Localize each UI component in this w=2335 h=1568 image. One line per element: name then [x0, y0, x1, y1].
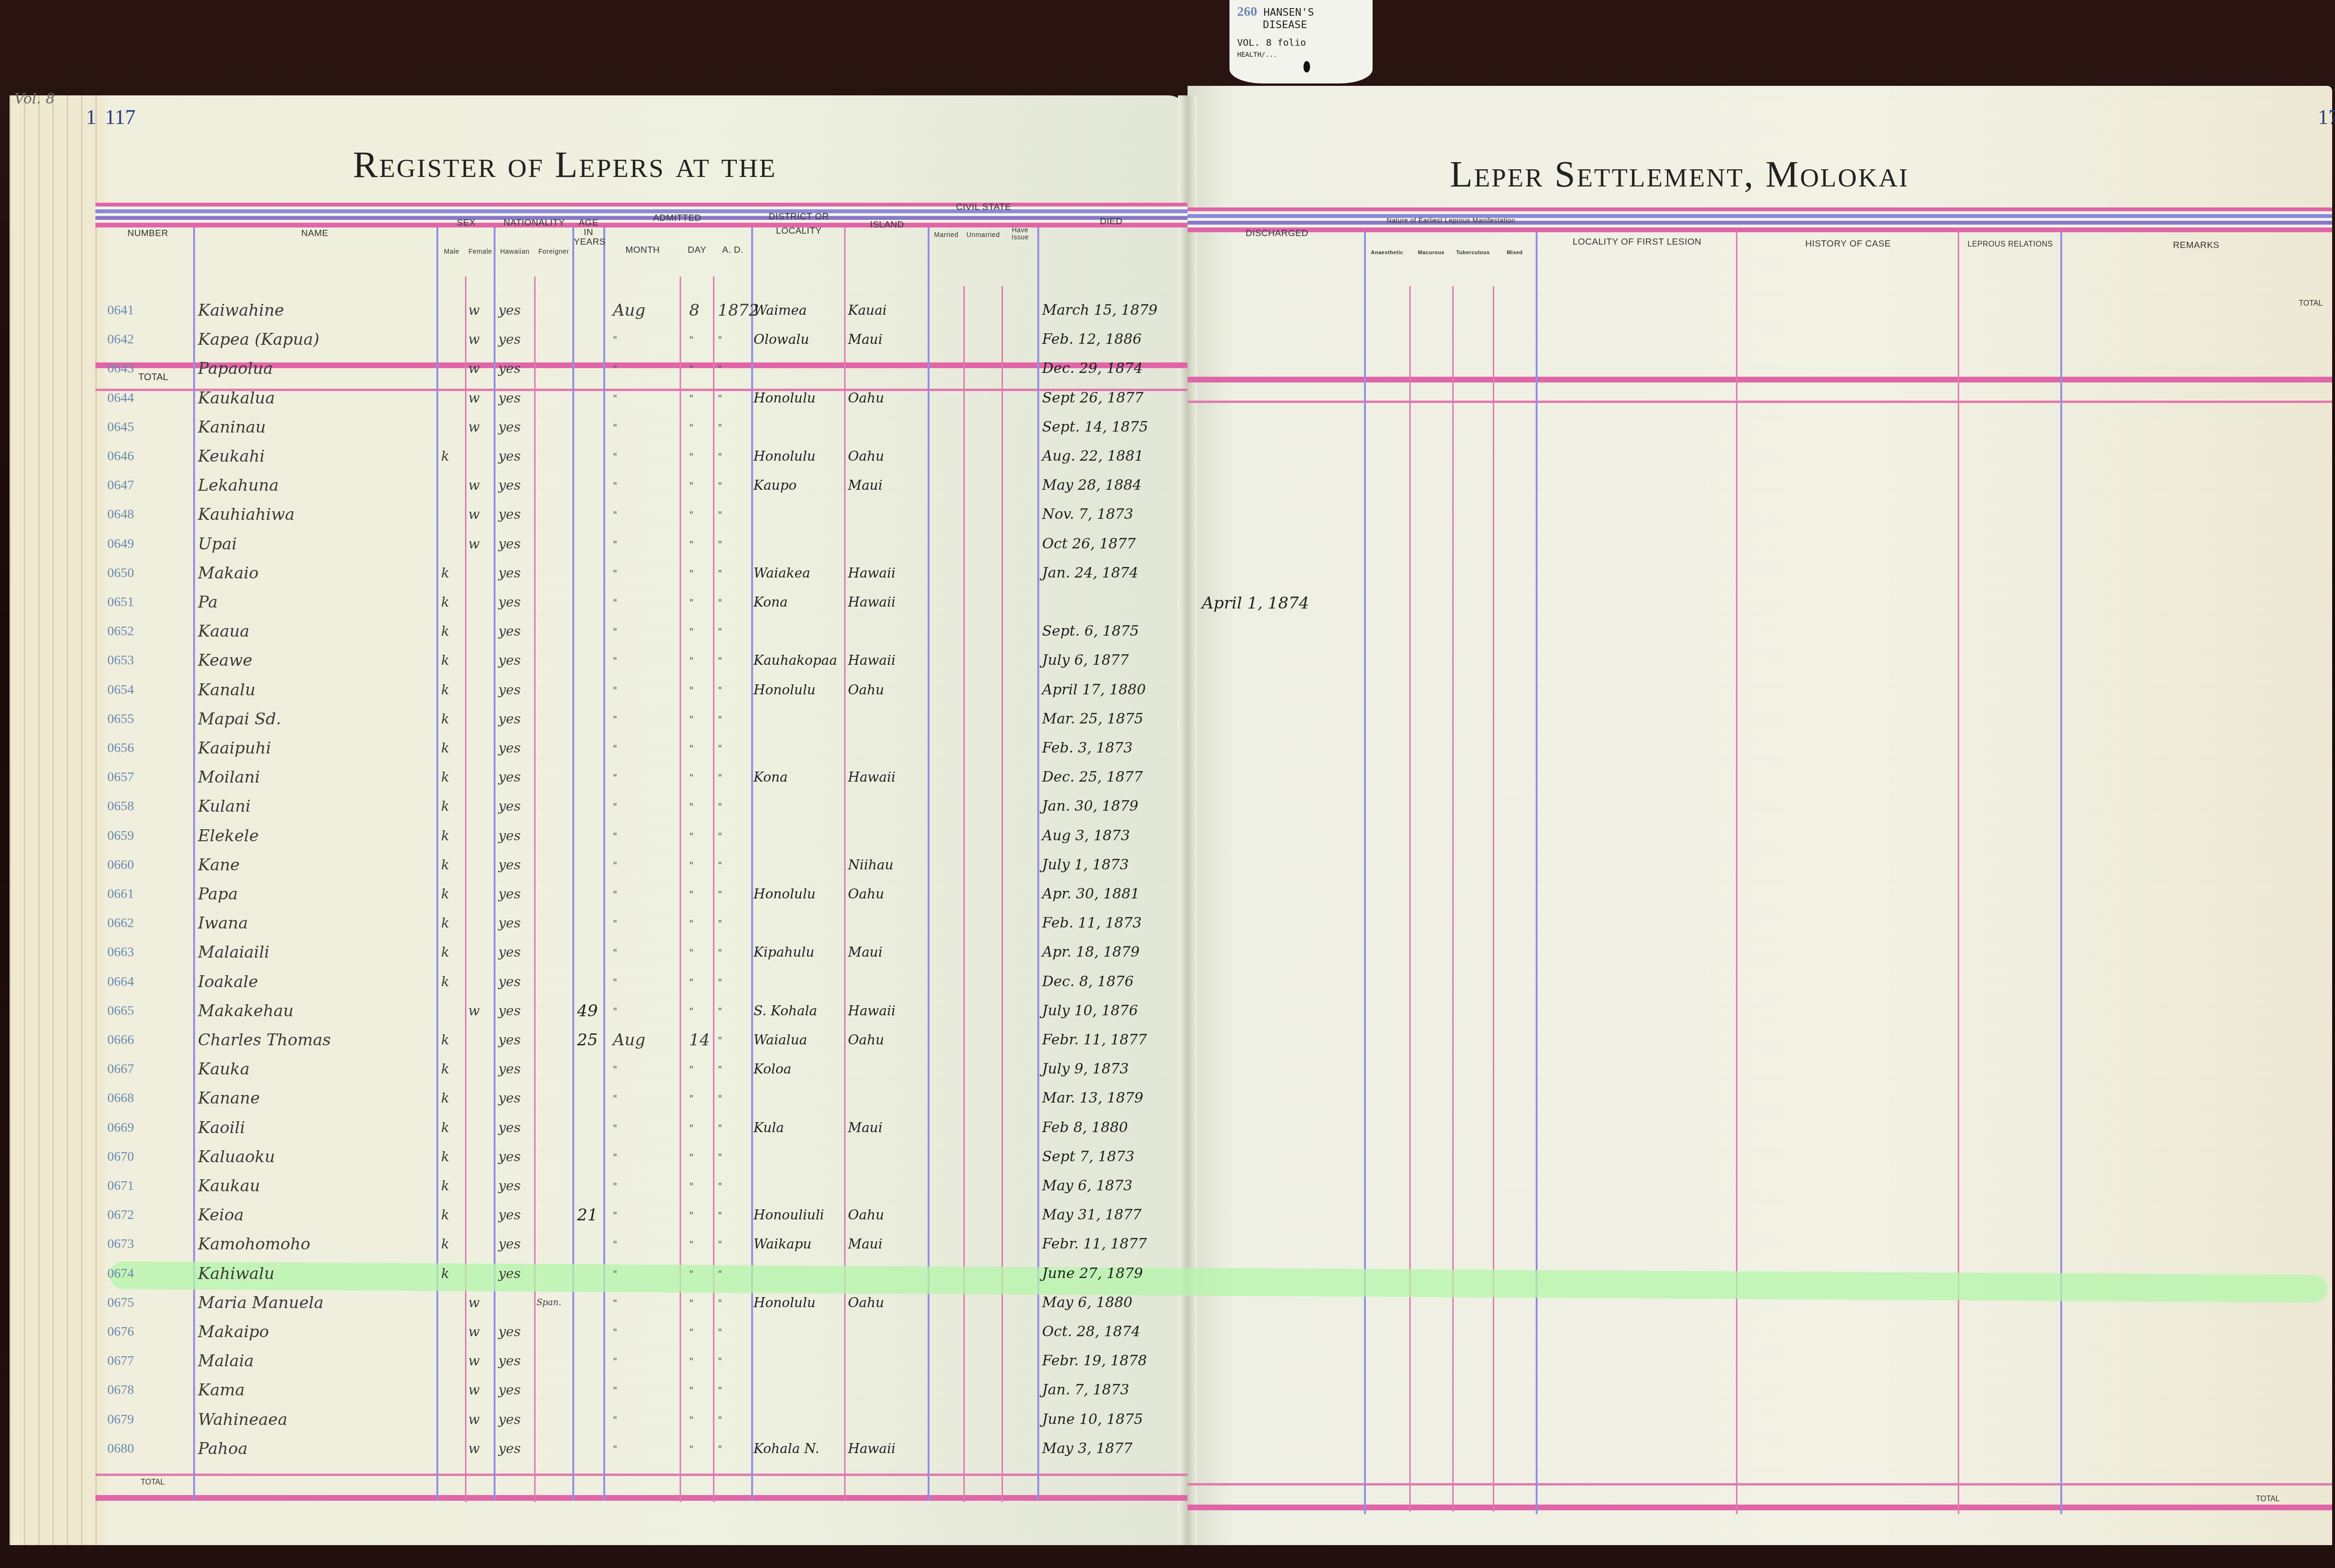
cell-ad: "	[718, 1054, 722, 1084]
cell-month: "	[613, 383, 617, 413]
cell-ad: "	[718, 763, 722, 792]
cell-district: Honolulu	[754, 383, 816, 413]
cell-day: "	[689, 675, 693, 705]
cell-died: Apr. 30, 1881	[1042, 879, 1140, 909]
cell-died: Nov. 7, 1873	[1042, 500, 1133, 529]
cell-name: Kane	[198, 850, 240, 880]
cell-died: Febr. 11, 1877	[1042, 1229, 1147, 1259]
cell-day: "	[689, 792, 693, 821]
cell-day: "	[689, 733, 693, 763]
header-month: Month	[606, 246, 680, 255]
table-row: 0647Lekahunawyes"""KaupoMauiMay 28, 1884	[10, 471, 1154, 500]
table-row: 0660Kanekyes"""NiihauJuly 1, 1873	[10, 850, 1154, 880]
cell-day: "	[689, 763, 693, 792]
cell-number: 0643	[107, 354, 134, 383]
cell-island: Maui	[848, 325, 882, 354]
cell-ad: "	[718, 1142, 722, 1172]
cell-hawaiian: yes	[498, 558, 521, 588]
cell-hawaiian: yes	[498, 733, 521, 763]
cell-month: "	[613, 938, 617, 967]
cell-died: Dec. 29, 1874	[1042, 354, 1143, 383]
cell-island: Oahu	[848, 442, 884, 471]
cell-hawaiian: yes	[498, 325, 521, 354]
cell-name: Charles Thomas	[198, 1025, 331, 1055]
cell-died: July 9, 1873	[1042, 1054, 1129, 1084]
cell-day: "	[689, 354, 693, 383]
cell-ad: "	[718, 354, 722, 383]
cell-male: k	[441, 1259, 449, 1289]
cell-day: "	[689, 325, 693, 354]
cell-number: 0663	[107, 938, 134, 967]
cell-district: Waikapu	[754, 1229, 812, 1259]
cell-ad: "	[718, 383, 722, 413]
cell-male: k	[441, 558, 449, 588]
table-row: 0657Moilanikyes"""KonaHawaiiDec. 25, 187…	[10, 763, 1154, 792]
rule-v	[1452, 286, 1454, 1512]
title-right: Leper Settlement, Molokai	[1450, 153, 1909, 196]
cell-name: Makaipo	[198, 1317, 269, 1347]
cell-hawaiian: yes	[498, 1054, 521, 1084]
cell-female: w	[468, 1346, 480, 1376]
archive-tag: 260 HANSEN'S DISEASE VOL. 8 folio HEALTH…	[1229, 0, 1373, 83]
cell-male: k	[441, 442, 449, 471]
cell-hawaiian: yes	[498, 1259, 521, 1289]
cell-month: "	[613, 675, 617, 705]
header-rule-right	[1188, 377, 2332, 382]
header-relations: Leprous Relations	[1960, 241, 2060, 249]
table-row: 0661Papakyes"""HonoluluOahuApr. 30, 1881	[10, 879, 1154, 909]
rule-v	[1958, 231, 1959, 1514]
cell-name: Kaukalua	[198, 383, 275, 413]
cell-name: Kaaipuhi	[198, 733, 271, 763]
header-hawaiian: Hawaiian	[495, 248, 535, 255]
folio-number-right: 17	[2318, 105, 2335, 129]
table-row: 0671Kaukaukyes"""May 6, 1873	[10, 1171, 1154, 1201]
rule-v	[1364, 231, 1366, 1514]
cell-month: "	[613, 1288, 617, 1318]
cell-name: Kanane	[198, 1083, 260, 1113]
cell-month: "	[613, 879, 617, 909]
header-remarks: Remarks	[2063, 241, 2330, 250]
cell-died: Dec. 25, 1877	[1042, 763, 1143, 792]
cell-ad: "	[718, 938, 722, 967]
cell-female: w	[468, 325, 480, 354]
rule-v	[1493, 286, 1494, 1512]
cell-district: Kipahulu	[754, 938, 815, 967]
table-row: 0648Kauhiahiwawyes"""Nov. 7, 1873	[10, 500, 1154, 529]
folio-number-outer: 1	[86, 105, 96, 129]
header-macurous: Macurous	[1410, 250, 1452, 256]
cell-day: "	[689, 1259, 693, 1289]
cell-died: Dec. 8, 1876	[1042, 967, 1134, 997]
cell-died: July 1, 1873	[1042, 850, 1129, 880]
cell-ad: "	[718, 1259, 722, 1289]
cell-number: 0660	[107, 850, 134, 880]
cell-hawaiian: yes	[498, 996, 521, 1026]
table-row: 0668Kananekyes"""Mar. 13, 1879	[10, 1083, 1154, 1113]
cell-ad: "	[718, 500, 722, 529]
cell-male: k	[441, 1229, 449, 1259]
cell-ad: "	[718, 1317, 722, 1347]
cell-day: "	[689, 967, 693, 997]
cell-male: k	[441, 879, 449, 909]
cell-number: 0649	[107, 529, 134, 559]
cell-name: Kapea (Kapua)	[198, 325, 320, 354]
cell-died: Feb. 11, 1873	[1042, 908, 1142, 938]
cell-ad: "	[718, 1405, 722, 1434]
table-row: 0659Elekelekyes"""Aug 3, 1873	[10, 821, 1154, 851]
cell-ad: "	[718, 1346, 722, 1376]
table-row: 0663Malaiailikyes"""KipahuluMauiApr. 18,…	[10, 938, 1154, 967]
cell-name: Papaolua	[198, 354, 273, 383]
cell-number: 0647	[107, 471, 134, 500]
header-island: Island	[847, 220, 928, 230]
cell-ad: "	[718, 1434, 722, 1464]
cell-hawaiian: yes	[498, 1200, 521, 1230]
cell-name: Malaiaili	[198, 938, 269, 967]
table-row: 0662Iwanakyes"""Feb. 11, 1873	[10, 908, 1154, 938]
cell-island: Hawaii	[848, 646, 896, 675]
cell-name: Kaninau	[198, 413, 266, 442]
cell-female: w	[468, 1317, 480, 1347]
cell-female: w	[468, 471, 480, 500]
cell-ad: "	[718, 471, 722, 500]
tag-number: 260	[1237, 4, 1257, 19]
cell-month: "	[613, 792, 617, 821]
table-row: 0670Kaluaokukyes"""Sept 7, 1873	[10, 1142, 1154, 1172]
table-row: 0680Pahoawyes"""Kohala N.HawaiiMay 3, 18…	[10, 1434, 1154, 1464]
table-row: 0655Mapai Sd.kyes"""Mar. 25, 1875	[10, 704, 1154, 734]
table-row: 0646Keukahikyes"""HonoluluOahuAug. 22, 1…	[10, 442, 1154, 471]
cell-district: Waiakea	[754, 558, 810, 588]
cell-number: 0646	[107, 442, 134, 471]
table-row: 0641KaiwahinewyesAug81872WaimeaKauaiMarc…	[10, 296, 1154, 325]
cell-hawaiian: yes	[498, 442, 521, 471]
cell-number: 0674	[107, 1259, 134, 1289]
cell-female: w	[468, 1434, 480, 1464]
cell-island: Hawaii	[848, 1434, 896, 1464]
table-row: 0650Makaiokyes"""WaiakeaHawaiiJan. 24, 1…	[10, 558, 1154, 588]
cell-number: 0671	[107, 1171, 134, 1201]
cell-hawaiian: yes	[498, 763, 521, 792]
cell-island: Maui	[848, 1229, 882, 1259]
cell-age: 49	[577, 996, 598, 1026]
cell-month: "	[613, 471, 617, 500]
cell-ad: "	[718, 413, 722, 442]
cell-died: Sept 7, 1873	[1042, 1142, 1135, 1172]
cell-hawaiian: yes	[498, 1434, 521, 1464]
table-row: 0667Kaukakyes"""KoloaJuly 9, 1873	[10, 1054, 1154, 1084]
cell-number: 0675	[107, 1288, 134, 1318]
cell-male: k	[441, 908, 449, 938]
cell-island: Maui	[848, 1113, 882, 1143]
cell-month: "	[613, 646, 617, 675]
cell-number: 0644	[107, 383, 134, 413]
cell-name: Kamohomoho	[198, 1229, 310, 1259]
cell-male: k	[441, 675, 449, 705]
cell-day: 8	[689, 296, 700, 325]
cell-month: "	[613, 967, 617, 997]
cell-male: k	[441, 733, 449, 763]
cell-ad: "	[718, 733, 722, 763]
cell-ad: "	[718, 1288, 722, 1318]
cell-died: June 27, 1879	[1042, 1259, 1143, 1289]
cell-name: Wahineaea	[198, 1405, 288, 1434]
cell-number: 0680	[107, 1434, 134, 1464]
cell-district: Kula	[754, 1113, 784, 1143]
cell-number: 0645	[107, 413, 134, 442]
table-row: 0649Upaiwyes"""Oct 26, 1877	[10, 529, 1154, 559]
header-married: Married	[929, 231, 963, 238]
cell-hawaiian: yes	[498, 1346, 521, 1376]
cell-died: April 17, 1880	[1042, 675, 1146, 705]
table-row: 0672Keioakyes21"""HonouliuliOahuMay 31, …	[10, 1200, 1154, 1230]
cell-island: Hawaii	[848, 558, 896, 588]
cell-female: w	[468, 996, 480, 1026]
register-book: Vol. 8 1 117 17 Register of Lepers at th…	[10, 86, 2335, 1545]
cell-died: Oct 26, 1877	[1042, 529, 1136, 559]
total-label-bottom-left: TOTAL	[141, 1478, 165, 1487]
cell-month: "	[613, 1229, 617, 1259]
total-rule-right	[1188, 401, 2332, 403]
table-row: 0678Kamawyes"""Jan. 7, 1873	[10, 1375, 1154, 1405]
cell-month: "	[613, 1113, 617, 1143]
cell-day: "	[689, 383, 693, 413]
table-row: 0654Kanalukyes"""HonoluluOahuApril 17, 1…	[10, 675, 1154, 705]
cell-hawaiian: yes	[498, 908, 521, 938]
cell-month: "	[613, 1142, 617, 1172]
cell-day: "	[689, 1405, 693, 1434]
cell-name: Elekele	[198, 821, 259, 851]
cell-day: "	[689, 821, 693, 851]
total-label-bottom-right: TOTAL	[2256, 1495, 2280, 1504]
cell-day: "	[689, 850, 693, 880]
cell-name: Iwana	[198, 908, 248, 938]
cell-day: "	[689, 471, 693, 500]
cell-number: 0664	[107, 967, 134, 997]
cell-hawaiian: yes	[498, 413, 521, 442]
cell-name: Papa	[198, 879, 238, 909]
header-foreigner: Foreigner	[535, 248, 572, 255]
table-row: 0651Pakyes"""KonaHawaii	[10, 588, 1154, 617]
cell-ad: "	[718, 325, 722, 354]
cell-number: 0654	[107, 675, 134, 705]
cell-day: "	[689, 558, 693, 588]
cell-number: 0678	[107, 1375, 134, 1405]
cell-ad: "	[718, 1375, 722, 1405]
cell-died: Mar. 13, 1879	[1042, 1083, 1143, 1113]
cell-name: Kama	[198, 1375, 245, 1405]
cell-ad: "	[718, 1083, 722, 1113]
header-female: Female	[466, 248, 495, 255]
table-row: 0653Keawekyes"""KauhakopaaHawaiiJuly 6, …	[10, 646, 1154, 675]
cell-ad: "	[718, 617, 722, 646]
cell-number: 0679	[107, 1405, 134, 1434]
cell-month: "	[613, 500, 617, 529]
cell-island: Oahu	[848, 1025, 884, 1055]
cell-age: 25	[577, 1025, 598, 1055]
cell-month: "	[613, 850, 617, 880]
cell-day: "	[689, 704, 693, 734]
cell-island: Niihau	[848, 850, 893, 880]
cell-name: Malaia	[198, 1346, 254, 1376]
cell-month: Aug	[613, 296, 645, 325]
cell-number: 0673	[107, 1229, 134, 1259]
header-unmarried: Unmarried	[965, 231, 1002, 238]
title-left: Register of Lepers at the	[353, 143, 776, 186]
rule-v	[1536, 231, 1538, 1514]
cell-ad: "	[718, 1171, 722, 1201]
header-locality: Locality of First Lesion	[1538, 237, 1736, 247]
cell-name: Kaluaoku	[198, 1142, 275, 1172]
cell-day: "	[689, 1142, 693, 1172]
cell-ad: "	[718, 529, 722, 559]
cell-day: "	[689, 1229, 693, 1259]
cell-died: Feb. 3, 1873	[1042, 733, 1133, 763]
cell-district: Honolulu	[754, 879, 816, 909]
cell-name: Pahoa	[198, 1434, 248, 1464]
cell-number: 0658	[107, 792, 134, 821]
cell-ad: "	[718, 442, 722, 471]
table-row: 0643Papaoluawyes"""Dec. 29, 1874	[10, 354, 1154, 383]
cell-died: Apr. 18, 1879	[1042, 938, 1140, 967]
cell-male: k	[441, 1200, 449, 1230]
discharged-entry: April 1, 1874	[1202, 594, 1309, 613]
cell-day: "	[689, 1054, 693, 1084]
rule-v	[2060, 231, 2062, 1514]
cell-name: Kaaua	[198, 617, 249, 646]
cell-died: May 3, 1877	[1042, 1434, 1133, 1464]
header-nationality: Nationality	[496, 218, 572, 228]
cell-male: k	[441, 1054, 449, 1084]
footer-rule-left-thick	[95, 1495, 1188, 1501]
cell-island: Oahu	[848, 1200, 884, 1230]
cell-name: Kauhiahiwa	[198, 500, 295, 529]
cell-hawaiian: yes	[498, 354, 521, 383]
header-died: Died	[1040, 217, 1183, 227]
table-row: 0652Kaauakyes"""Sept. 6, 1875	[10, 617, 1154, 646]
cell-day: "	[689, 617, 693, 646]
cell-month: "	[613, 354, 617, 383]
cell-ad: "	[718, 821, 722, 851]
cell-male: k	[441, 1171, 449, 1201]
cell-island: Maui	[848, 471, 882, 500]
cell-month: "	[613, 1054, 617, 1084]
cell-male: k	[441, 967, 449, 997]
cell-male: k	[441, 1083, 449, 1113]
table-row: 0665Makakehauwyes49"""S. KohalaHawaiiJul…	[10, 996, 1154, 1026]
table-row: 0656Kaaipuhikyes"""Feb. 3, 1873	[10, 733, 1154, 763]
cell-name: Keawe	[198, 646, 252, 675]
cell-hawaiian: yes	[498, 529, 521, 559]
cell-district: Honouliuli	[754, 1200, 824, 1230]
header-age: Age in Years	[574, 218, 603, 247]
cell-hawaiian: yes	[498, 1229, 521, 1259]
footer-rule-right-thick	[1188, 1505, 2332, 1510]
cell-number: 0659	[107, 821, 134, 851]
cell-day: "	[689, 646, 693, 675]
cell-number: 0667	[107, 1054, 134, 1084]
cell-hawaiian: yes	[498, 704, 521, 734]
cell-ad: "	[718, 908, 722, 938]
table-row: 0645Kaninauwyes"""Sept. 14, 1875	[10, 413, 1154, 442]
cell-died: June 10, 1875	[1042, 1405, 1143, 1434]
cell-district: Kona	[754, 588, 788, 617]
cell-name: Makaio	[198, 558, 258, 588]
cell-hawaiian: yes	[498, 471, 521, 500]
book-gutter	[1178, 95, 1197, 1545]
cell-ad: "	[718, 1113, 722, 1143]
cell-male: k	[441, 763, 449, 792]
cell-hawaiian: yes	[498, 1171, 521, 1201]
table-row: 0673Kamohomohokyes"""WaikapuMauiFebr. 11…	[10, 1229, 1154, 1259]
cell-day: "	[689, 1171, 693, 1201]
cell-male: k	[441, 646, 449, 675]
cell-ad: "	[718, 1229, 722, 1259]
cell-hawaiian: yes	[498, 1317, 521, 1347]
cell-ad: "	[718, 558, 722, 588]
cell-hawaiian: yes	[498, 1142, 521, 1172]
cell-name: Keukahi	[198, 442, 265, 471]
cell-died: Sept. 6, 1875	[1042, 617, 1139, 646]
table-row: 0675Maria ManuelawSpan."""HonoluluOahuMa…	[10, 1288, 1154, 1318]
cell-day: "	[689, 1113, 693, 1143]
cell-month: "	[613, 529, 617, 559]
table-row: 0644Kaukaluawyes"""HonoluluOahuSept 26, …	[10, 383, 1154, 413]
cell-district: Kohala N.	[754, 1434, 819, 1464]
cell-month: "	[613, 1434, 617, 1464]
cell-day: "	[689, 996, 693, 1026]
cell-died: Oct. 28, 1874	[1042, 1317, 1140, 1347]
cell-male: k	[441, 617, 449, 646]
total-label-top-right: TOTAL	[2299, 299, 2323, 308]
cell-month: "	[613, 1083, 617, 1113]
cell-month: "	[613, 617, 617, 646]
cell-name: Kauka	[198, 1054, 249, 1084]
cell-ad: "	[718, 1025, 722, 1055]
cell-male: k	[441, 938, 449, 967]
cell-day: "	[689, 442, 693, 471]
header-mixed: Mixed	[1494, 250, 1536, 256]
cell-number: 0665	[107, 996, 134, 1026]
cell-ad: "	[718, 588, 722, 617]
cell-hawaiian: yes	[498, 588, 521, 617]
cell-month: "	[613, 442, 617, 471]
cell-number: 0656	[107, 733, 134, 763]
cell-number: 0651	[107, 588, 134, 617]
cell-day: "	[689, 1200, 693, 1230]
header-nature: Nature of Earliest Leprous Manifestation	[1366, 217, 1536, 224]
cell-male: k	[441, 1113, 449, 1143]
tag-line2: DISEASE	[1237, 19, 1365, 31]
cell-day: "	[689, 1288, 693, 1318]
tag-line4: HEALTH/...	[1237, 49, 1365, 61]
cell-ad: "	[718, 646, 722, 675]
cell-hawaiian: yes	[498, 675, 521, 705]
cell-hawaiian: yes	[498, 646, 521, 675]
cell-female: w	[468, 1405, 480, 1434]
table-row: 0679Wahineaeawyes"""June 10, 1875	[10, 1405, 1154, 1434]
cell-female: w	[468, 500, 480, 529]
cell-month: "	[613, 1200, 617, 1230]
cell-male: k	[441, 792, 449, 821]
cell-died: May 6, 1880	[1042, 1288, 1133, 1318]
cell-died: Jan. 24, 1874	[1042, 558, 1138, 588]
cell-day: "	[689, 938, 693, 967]
cell-ad: "	[718, 1200, 722, 1230]
cell-number: 0653	[107, 646, 134, 675]
cell-name: Upai	[198, 529, 237, 559]
